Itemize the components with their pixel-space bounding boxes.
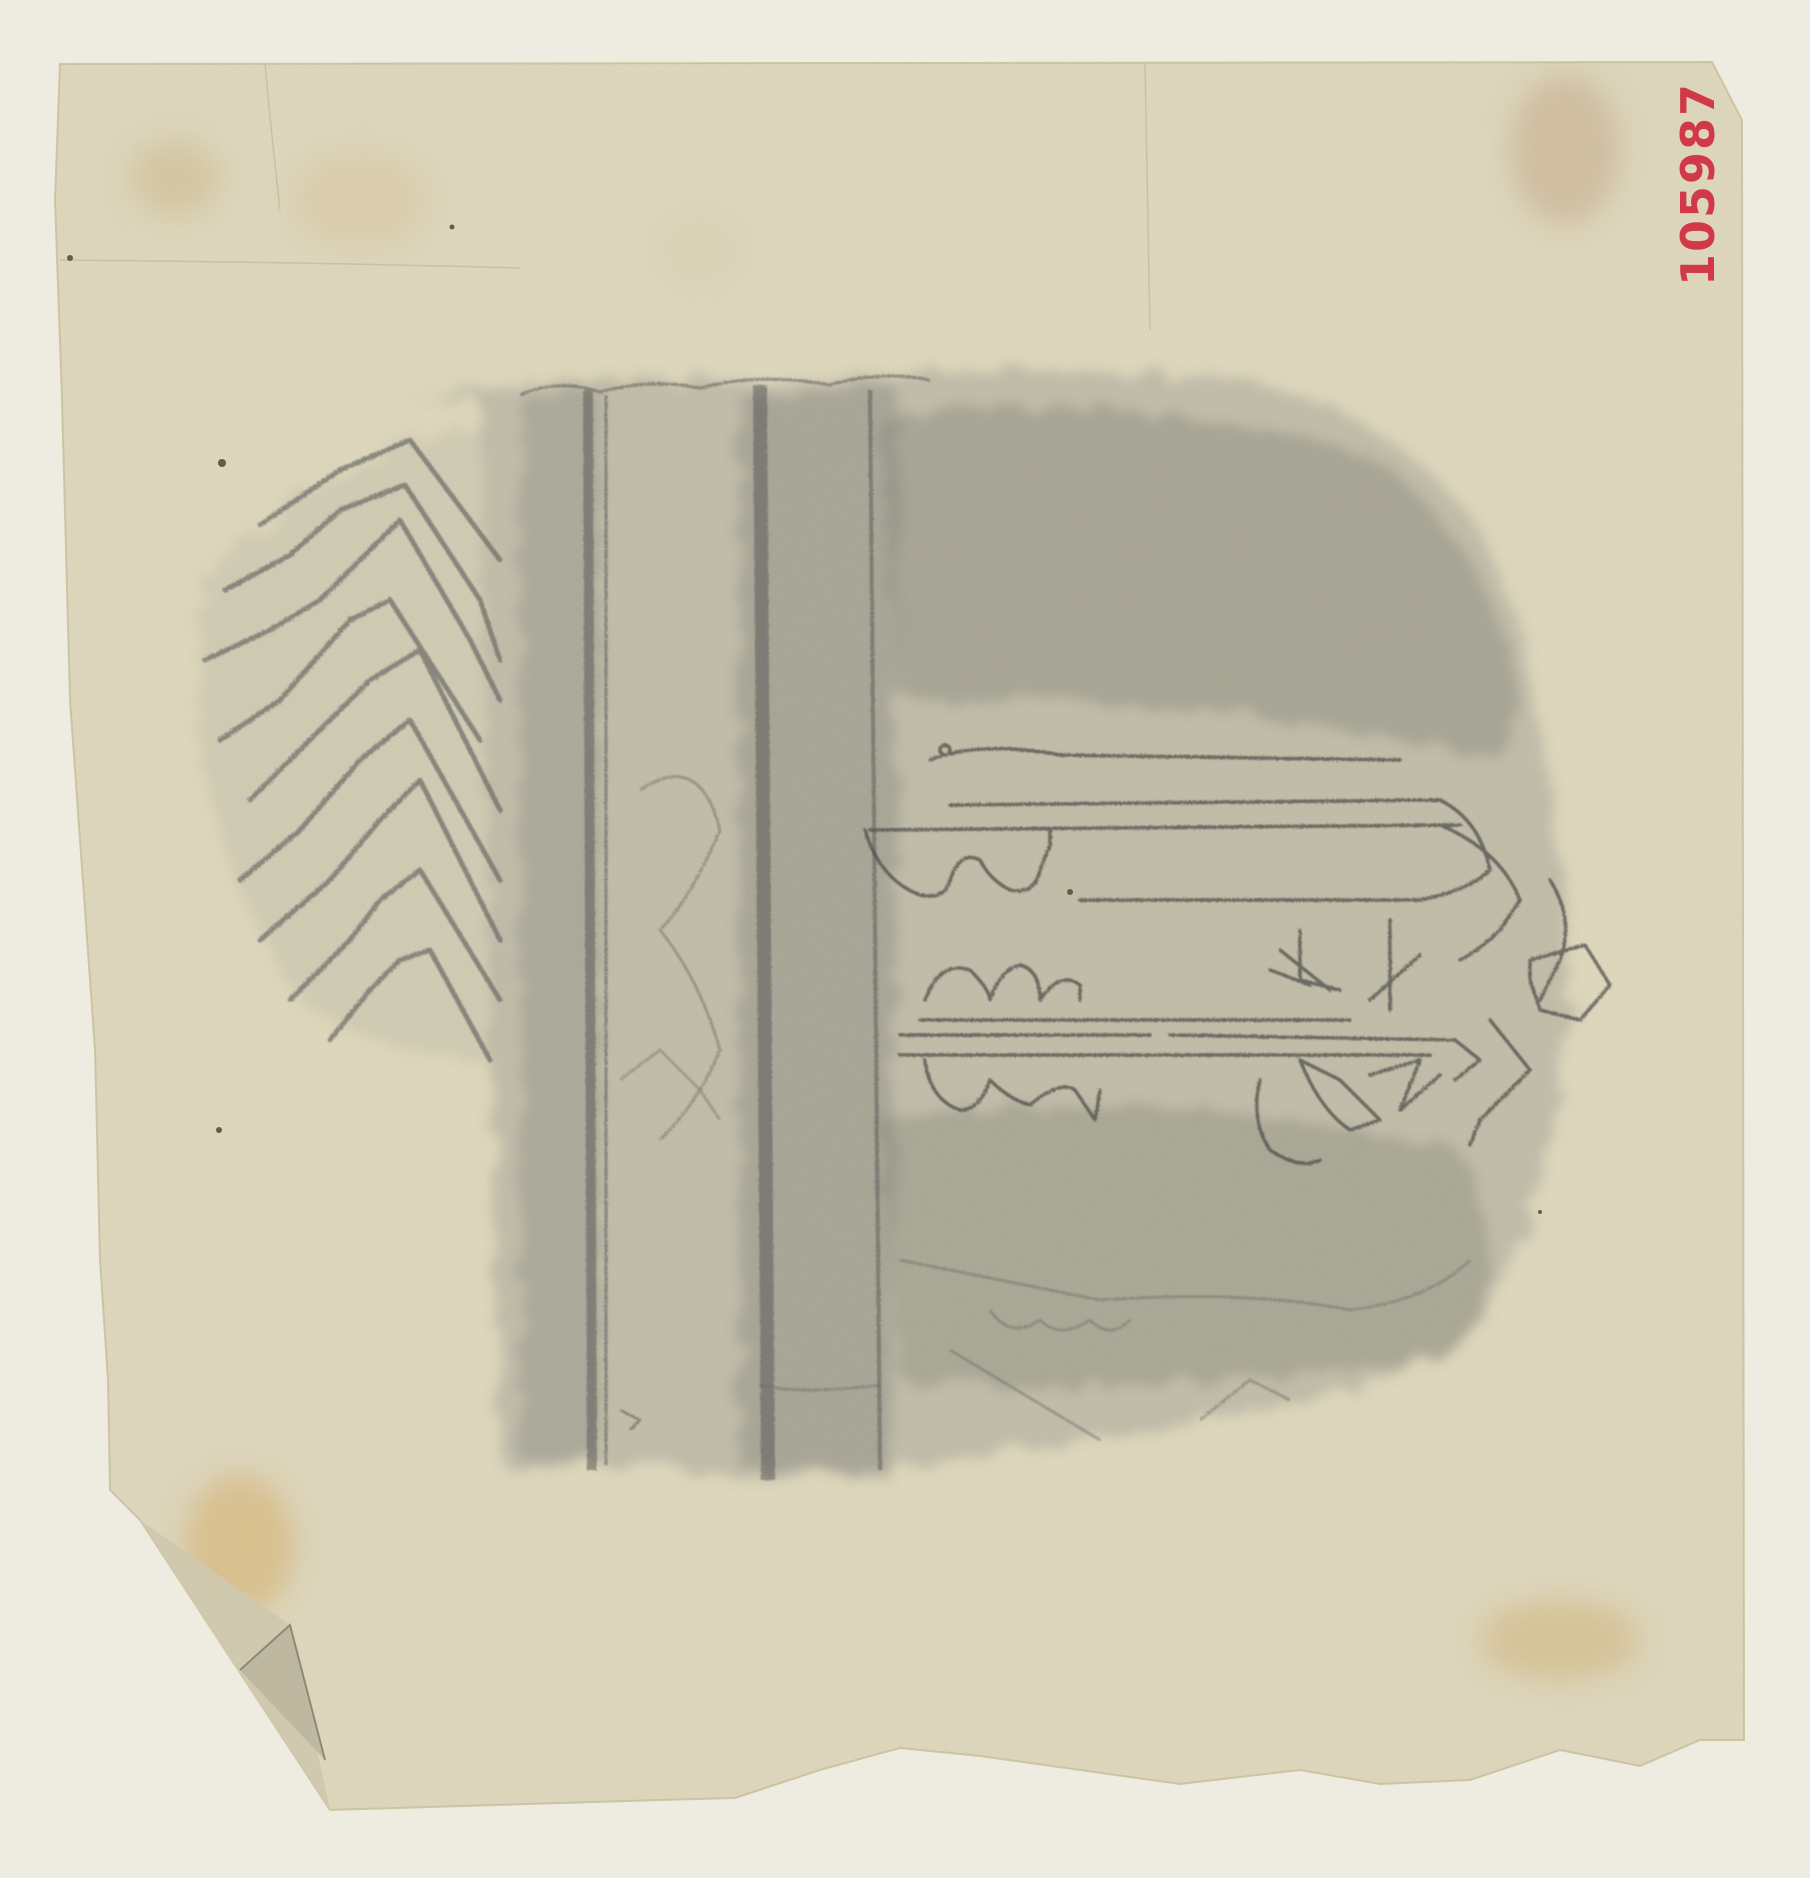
stain-bottom-right [1480, 1600, 1640, 1680]
artwork-canvas [0, 0, 1810, 1878]
stain-top-left-2 [290, 150, 430, 250]
inventory-number-stamp: 105987 [1668, 86, 1728, 286]
stain-center-top [660, 215, 740, 285]
stain-top-right [1510, 75, 1620, 225]
stain-top-left [130, 140, 220, 216]
